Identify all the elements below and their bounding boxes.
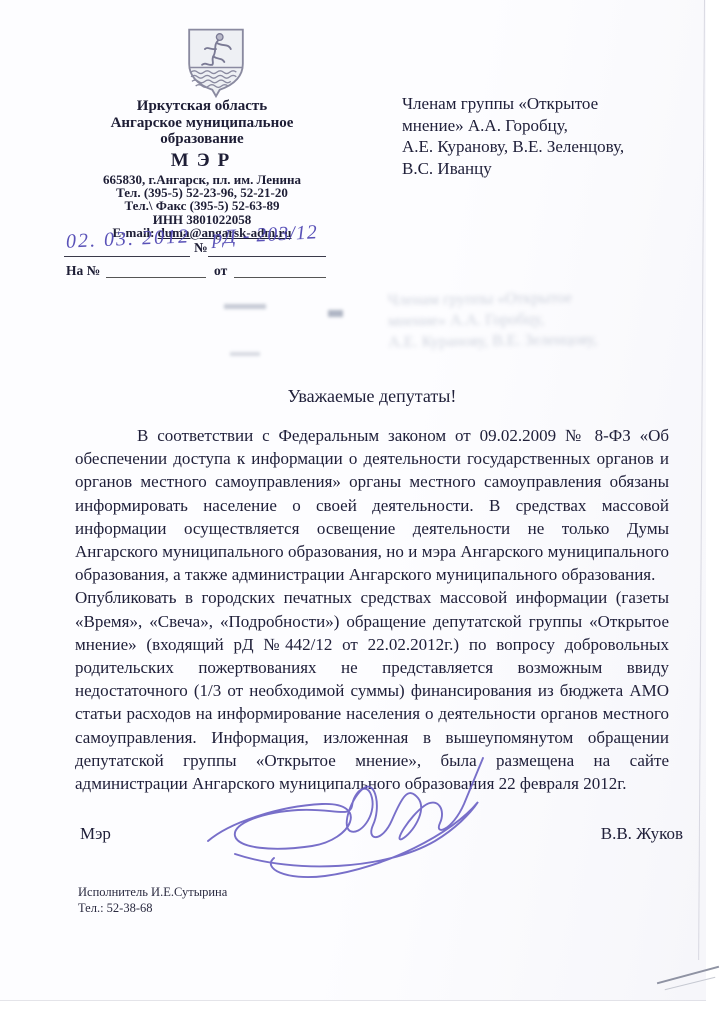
reply-to-label: На № <box>66 263 100 279</box>
signer-name: В.В. Жуков <box>601 824 683 844</box>
recipient-line: Членам группы «Открытое <box>402 93 682 115</box>
executor-block: Исполнитель И.Е.Сутырина Тел.: 52-38-68 <box>78 884 227 916</box>
letterhead-office-title: МЭР <box>44 150 364 172</box>
number-rule-line <box>208 256 326 257</box>
letterhead-region-line: образование <box>40 131 364 148</box>
executor-phone: Тел.: 52-38-68 <box>78 900 227 916</box>
signer-title: Мэр <box>80 824 111 844</box>
letterhead-phone: Тел. (395-5) 52-23-96, 52-21-20 <box>40 186 364 199</box>
letterhead-fax: Тел.\ Факс (395-5) 52-63-89 <box>40 199 364 212</box>
executor-name: Исполнитель И.Е.Сутырина <box>78 884 227 900</box>
recipient-line: мнение» А.А. Горобцу, <box>402 115 682 137</box>
reply-from-label: от <box>214 263 227 279</box>
salutation: Уважаемые депутаты! <box>75 386 669 407</box>
signature-row: Мэр В.В. Жуков <box>80 824 683 844</box>
recipient-block: Членам группы «Открытое мнение» А.А. Гор… <box>402 93 682 179</box>
bleedthrough-mark <box>224 304 266 309</box>
number-sign-label: № <box>194 240 208 256</box>
letterhead-region-line: Иркутская область <box>40 98 364 115</box>
recipient-line: В.С. Иванцу <box>402 158 682 180</box>
handwritten-signature <box>200 746 490 891</box>
letterhead: Иркутская область Ангарское муниципально… <box>40 98 364 240</box>
letterhead-address: 665830, г.Ангарск, пл. им. Ленина <box>40 173 364 186</box>
letterhead-region-line: Ангарское муниципальное <box>40 115 364 132</box>
date-rule-line <box>64 256 190 257</box>
bleedthrough-mark <box>230 352 260 356</box>
letter-body: В соответствии с Федеральным законом от … <box>75 424 669 795</box>
recipient-line: А.Е. Куранову, В.Е. Зеленцову, <box>402 136 682 158</box>
reply-date-rule <box>234 277 326 278</box>
body-paragraph-1: В соответствии с Федеральным законом от … <box>75 424 669 586</box>
scanned-letter-page: Иркутская область Ангарское муниципально… <box>0 0 724 1024</box>
reply-number-rule <box>106 277 206 278</box>
bleedthrough-mark <box>328 310 343 317</box>
bleedthrough-ghost-text: Членам группы «Открытое мнение» А.А. Гор… <box>388 286 689 353</box>
paper-edge <box>0 1000 706 1001</box>
angarsk-coat-of-arms-icon <box>179 25 253 99</box>
